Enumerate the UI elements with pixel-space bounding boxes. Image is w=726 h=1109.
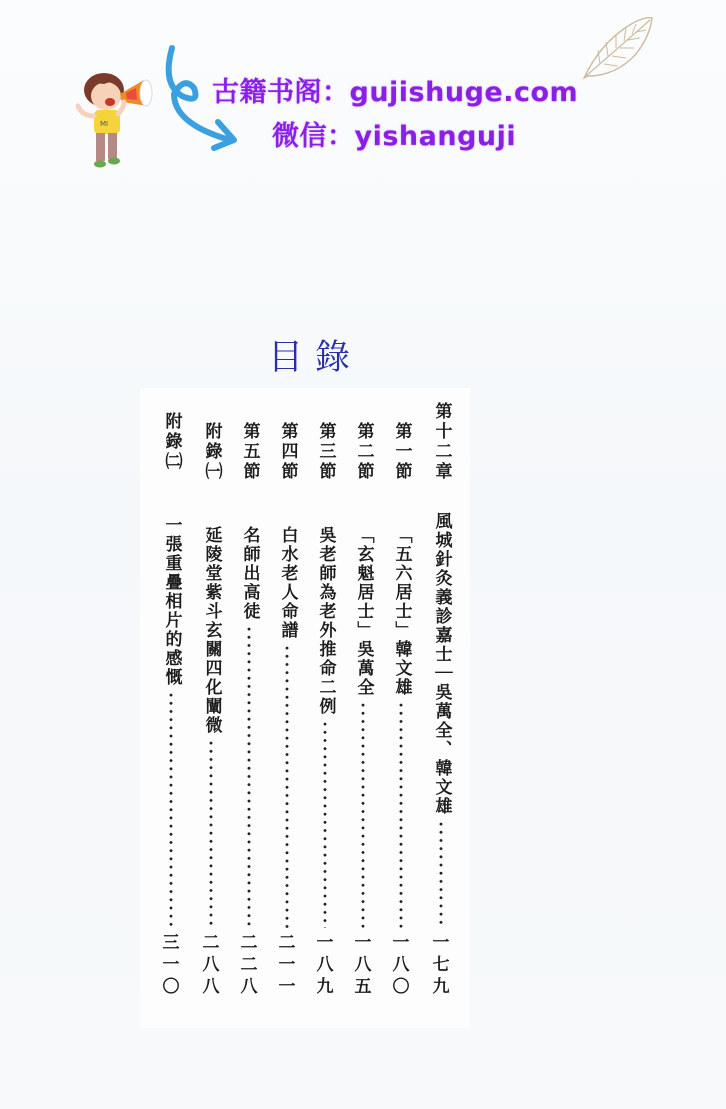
toc-entry: 附錄㈡ 一張重疊相片的感慨 三 一 〇 bbox=[158, 412, 184, 998]
dot-leader bbox=[361, 701, 365, 928]
toc-entry-page: 二 二 八 bbox=[241, 932, 258, 998]
dot-leader bbox=[247, 625, 251, 928]
toc-entry-title: 吳老師為老外推命二例 bbox=[317, 526, 334, 716]
toc-entry: 第三節 吳老師為老外推命二例 一 八 九 bbox=[312, 422, 338, 998]
toc-entry: 第二節 「玄魁居士」吳萬全 一 八 五 bbox=[350, 422, 376, 998]
dot-leader bbox=[285, 644, 289, 928]
dot-leader bbox=[209, 739, 213, 928]
toc-entry-label: 第二節 bbox=[355, 422, 372, 482]
toc-entry: 附錄㈠ 延陵堂紫斗玄關四化闡微 二 八 八 bbox=[198, 422, 224, 998]
dot-leader bbox=[323, 720, 327, 928]
toc-entry-title: 「五六居士」韓文雄 bbox=[393, 526, 410, 697]
mascot-with-megaphone-icon: MI bbox=[74, 60, 166, 172]
toc-entry: 第四節 白水老人命譜 二 一 一 bbox=[274, 422, 300, 998]
toc-entry-title: 「玄魁居士」吳萬全 bbox=[355, 526, 372, 697]
scanned-toc-sheet bbox=[140, 388, 470, 1028]
toc-entry-title: 白水老人命譜 bbox=[279, 526, 296, 640]
dot-leader bbox=[399, 701, 403, 928]
toc-entry-title: 風城針灸義診嘉士｜吳萬全、韓文雄 bbox=[433, 512, 450, 816]
toc-entry-page: 一 八 五 bbox=[355, 932, 372, 998]
svg-text:MI: MI bbox=[100, 120, 108, 128]
toc-entry-label: 第三節 bbox=[317, 422, 334, 482]
toc-entry-label: 第十二章 bbox=[433, 402, 450, 482]
leaf-icon bbox=[580, 14, 656, 82]
dot-leader bbox=[439, 820, 443, 928]
toc-title: 目錄 bbox=[268, 330, 362, 380]
toc-entry-page: 一 七 九 bbox=[433, 932, 450, 998]
toc-entry: 第五節 名師出高徒 二 二 八 bbox=[236, 422, 262, 998]
toc-entry-page: 二 八 八 bbox=[203, 932, 220, 998]
toc-entry: 第十二章 風城針灸義診嘉士｜吳萬全、韓文雄 一 七 九 bbox=[428, 402, 454, 998]
toc-entry-label: 附錄㈡ bbox=[163, 412, 180, 472]
toc-entry-page: 一 八 〇 bbox=[393, 932, 410, 998]
watermark-banner: MI 古籍书阁：gujishuge.com 微信：yishanguji bbox=[0, 0, 726, 190]
toc-entry-label: 第四節 bbox=[279, 422, 296, 482]
toc-entry-page: 三 一 〇 bbox=[163, 932, 180, 998]
toc-entry-title: 一張重疊相片的感慨 bbox=[163, 516, 180, 687]
toc-entry-label: 第一節 bbox=[393, 422, 410, 482]
toc-entry-label: 第五節 bbox=[241, 422, 258, 482]
toc-entry-page: 二 一 一 bbox=[279, 932, 296, 998]
toc-entry-label: 附錄㈠ bbox=[203, 422, 220, 482]
toc-entry-title: 名師出高徒 bbox=[241, 526, 258, 621]
toc-entry-page: 一 八 九 bbox=[317, 932, 334, 998]
dot-leader bbox=[169, 691, 173, 928]
banner-site-text: 古籍书阁：gujishuge.com bbox=[212, 70, 578, 109]
document-page: MI 古籍书阁：gujishuge.com 微信：yishanguji 目錄 第… bbox=[0, 0, 726, 1109]
toc-entry-title: 延陵堂紫斗玄關四化闡微 bbox=[203, 526, 220, 735]
banner-wechat-text: 微信：yishanguji bbox=[272, 114, 516, 153]
toc-entry: 第一節 「五六居士」韓文雄 一 八 〇 bbox=[388, 422, 414, 998]
